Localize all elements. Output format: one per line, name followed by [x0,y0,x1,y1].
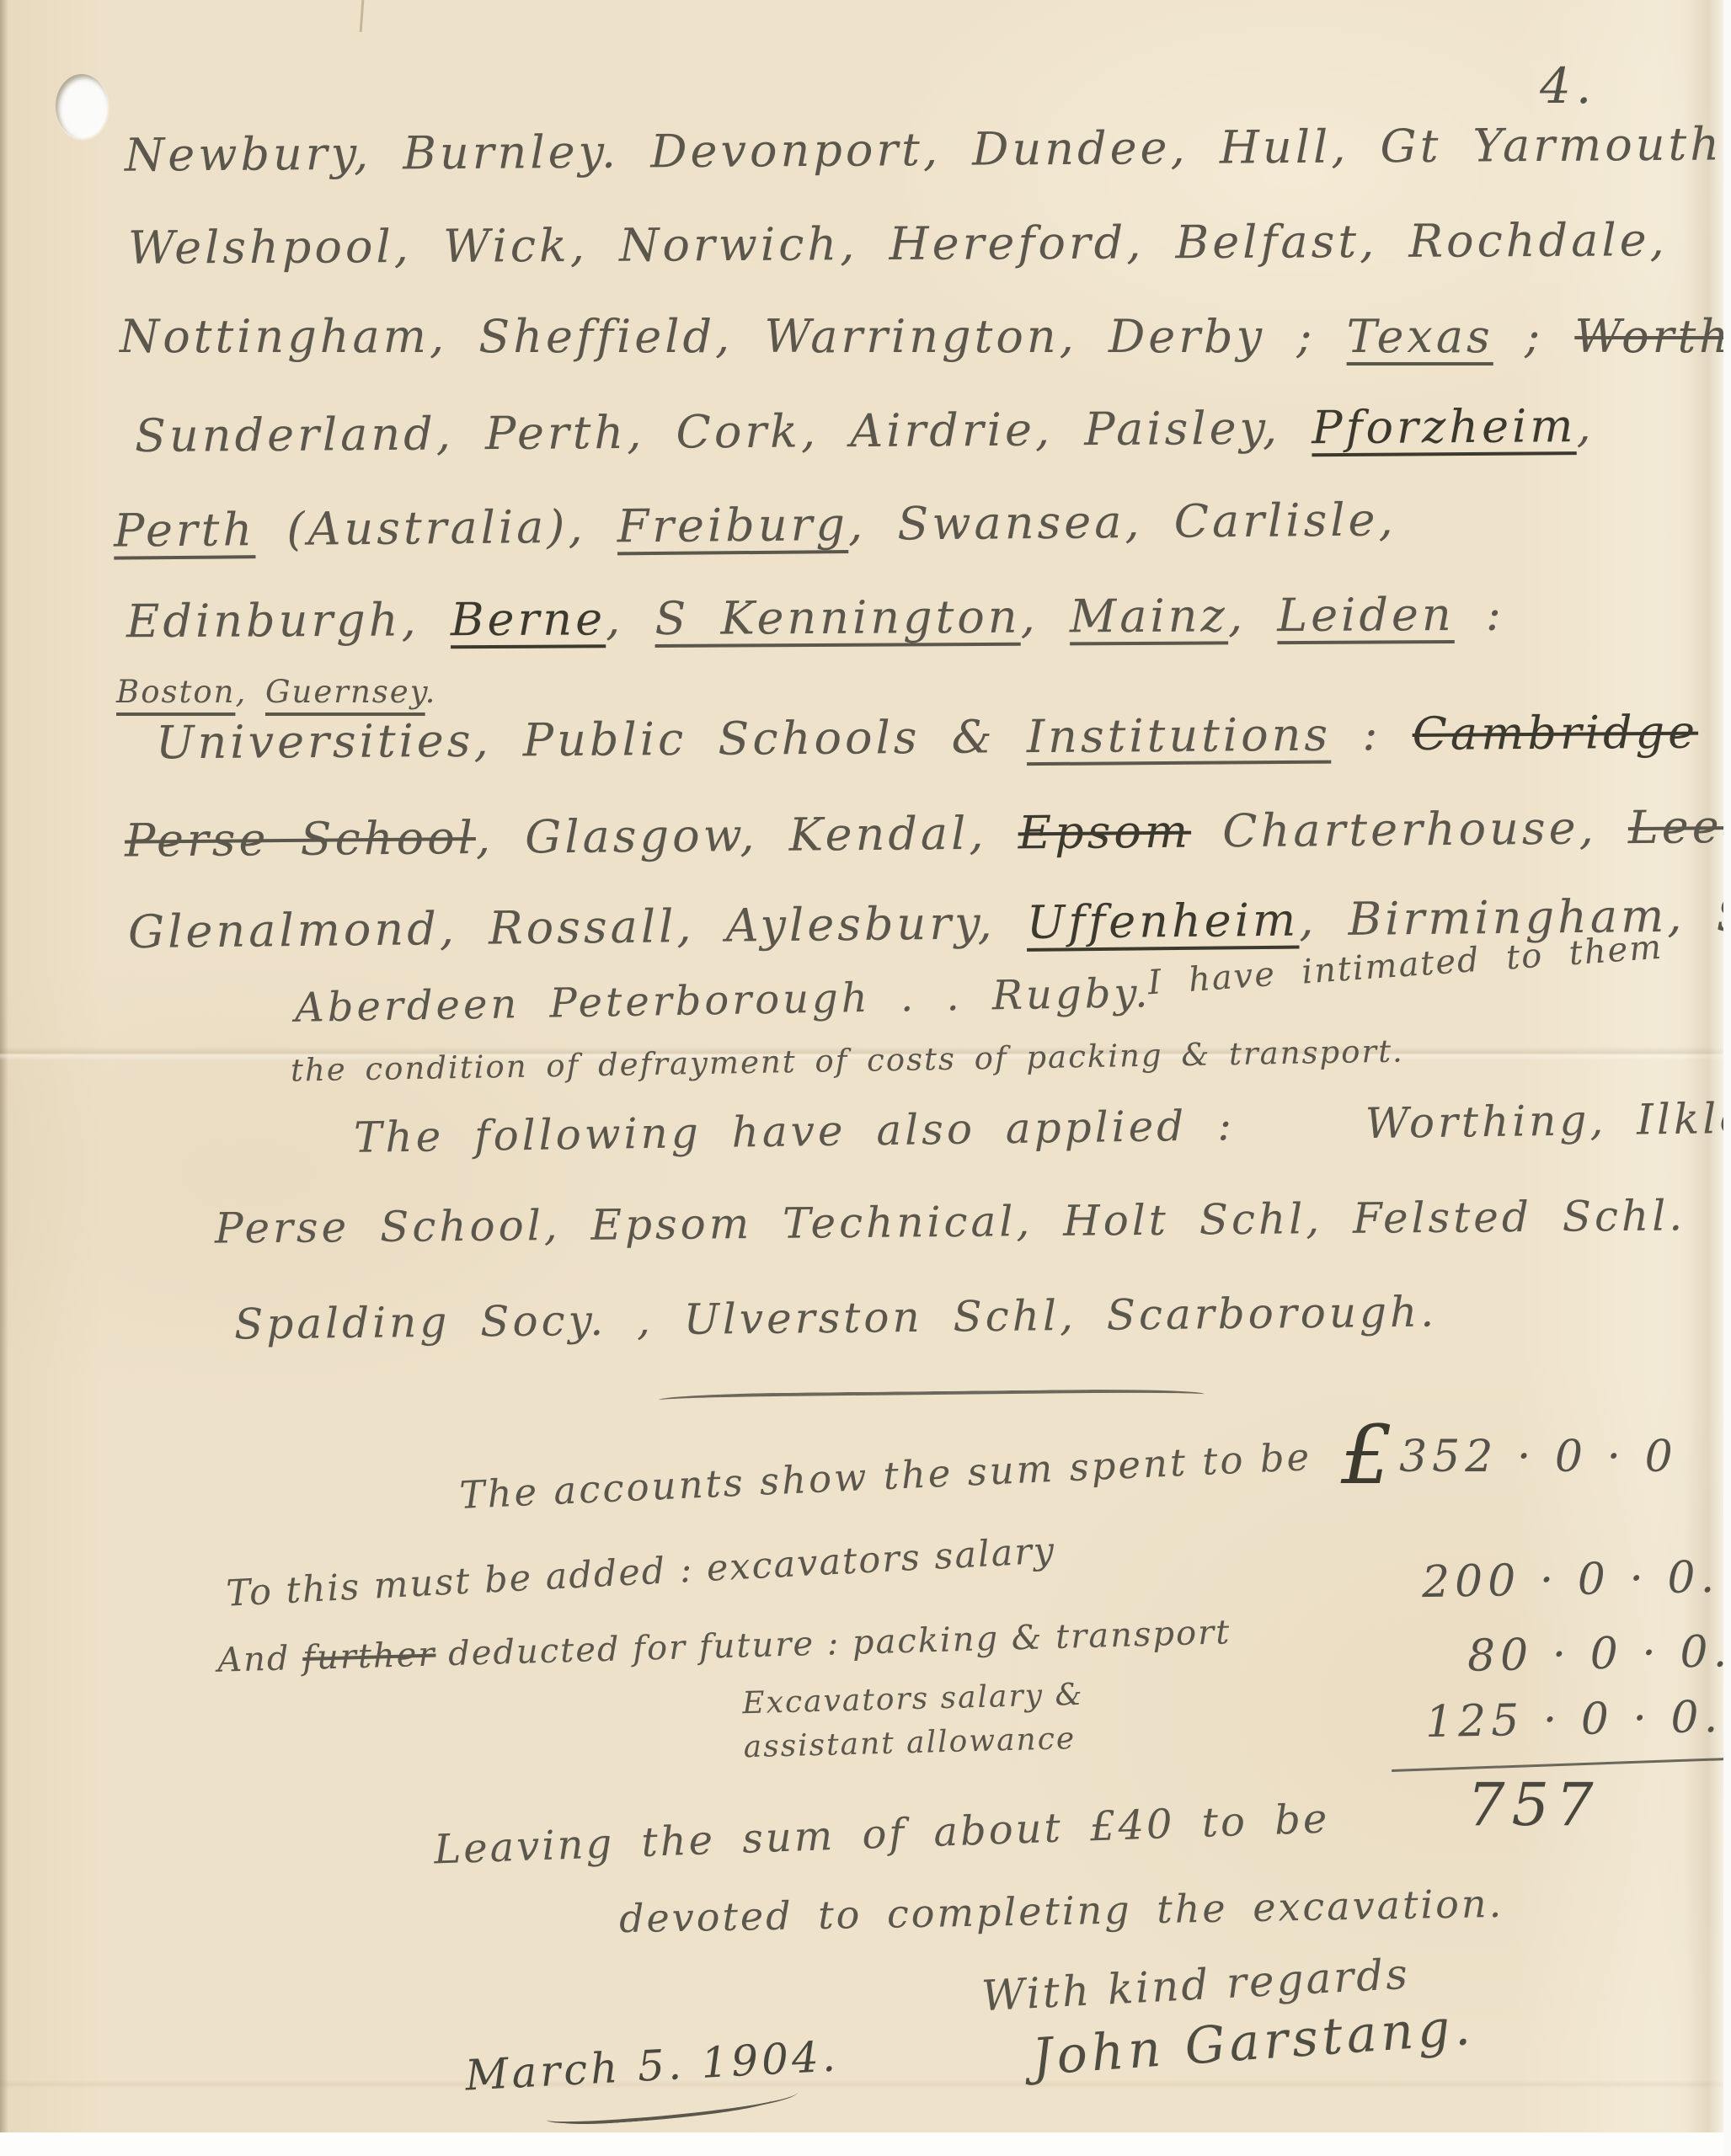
account-label-allowance: Excavators salary &assistant allowance [742,1673,1086,1770]
letter-line: Universities, Public Schools & Instituti… [156,707,1698,768]
underlined-text: Mainz [1070,589,1228,643]
text-segment: ; [1493,310,1575,363]
text-segment: The following have also applied : [354,1101,1236,1162]
text-segment: Worthing, Ilkley, [1365,1095,1731,1147]
account-amount-allowance: 125 · 0 · 0. [1425,1692,1723,1748]
letter-line: Welshpool, Wick, Norwich, Hereford, Belf… [128,215,1668,273]
letter-line: Spalding Socy. , Ulverston Schl, Scarbor… [234,1289,1438,1348]
scan-margin-right [1723,0,1731,2156]
text-segment: , Swansea, Carlisle, [848,493,1397,551]
text-segment: Spalding Socy. , Ulverston Schl, Scarbor… [234,1288,1438,1349]
letter-line: Aberdeen Peterborough . . Rugby. [295,971,1151,1031]
underlined-text: Freiburg [617,498,848,552]
account-amount-packing: 80 · 0 · 0. [1467,1626,1731,1681]
account-amount-salary: 200 · 0 · 0. [1422,1552,1720,1608]
text-segment: , [1020,590,1070,643]
letter-line: Sunderland, Perth, Cork, Airdrie, Paisle… [135,401,1595,461]
text-segment: deducted for future : packing & transpor… [435,1613,1231,1673]
letter-paper: 4. Newbury, Burnley. Devonport, Dundee, … [0,0,1723,2132]
paper-tear [360,0,365,32]
underlined-text: Pforzheim [1312,399,1577,454]
text-segment: And [217,1639,303,1680]
text-segment: The accounts show the sum spent to be [458,1434,1312,1518]
account-label-packing: And further deducted for future : packin… [217,1613,1231,1680]
underlined-text: Texas [1347,310,1493,363]
letter-line: Perse School, Epsom Technical, Holt Schl… [215,1193,1686,1251]
letter-line: Newbury, Burnley. Devonport, Dundee, Hul… [125,119,1731,180]
struck-text: Leeds [1628,800,1731,855]
text-segment: Nottingham, Sheffield, Warrington, Derby… [120,310,1347,363]
text-segment: Perse School, Epsom Technical, Holt Schl… [215,1191,1686,1252]
text-segment: Glenalmond, Rossall, Aylesbury, [128,896,1027,958]
underlined-text: S Kennington [654,590,1020,645]
text-segment: Excavators salary & [742,1678,1084,1721]
letter-line: Edinburgh, Berne, S Kennington, Mainz, L… [126,590,1504,647]
text-segment: Aberdeen Peterborough . . Rugby. [295,969,1151,1032]
letter-line: the condition of defrayment of costs of … [291,1034,1404,1088]
text-segment: , [1576,399,1595,452]
underlined-text: Perth [114,503,256,557]
text-segment: Newbury, Burnley. Devonport, Dundee, Hul… [125,117,1731,181]
divider-line [659,1389,1205,1406]
struck-text: Cambridge [1412,706,1698,760]
closing-line-leaving: Leaving the sum of about £40 to be [433,1795,1330,1873]
underlined-text: Leiden [1277,588,1455,642]
text-segment: , [606,592,655,645]
underlined-text: Boston [116,674,235,710]
underlined-text: Uffenheim [1026,894,1299,949]
text-segment: Welshpool, Wick, Norwich, Hereford, Belf… [128,213,1668,275]
struck-text: Perse School [125,811,476,867]
account-label-spent: The accounts show the sum spent to be [458,1434,1312,1518]
fold-crease-lower [0,2080,1723,2089]
text-segment: , Glasgow, Kendal, [476,806,1018,864]
text-segment: : [1331,707,1413,761]
text-segment: Sunderland, Perth, Cork, Airdrie, Paisle… [135,401,1312,462]
text-segment: To this must be added : excavators salar… [225,1529,1056,1615]
underlined-text: Berne [451,592,606,646]
text-segment: Charterhouse, [1191,801,1628,858]
letter-line: Perse School, Glasgow, Kendal, Epsom Cha… [125,801,1731,866]
punch-hole [56,74,108,138]
underlined-text: Institutions [1027,708,1332,764]
struck-text: further [302,1636,437,1678]
text-segment: , [235,674,265,710]
text-segment: Edinburgh, [126,593,451,648]
text-segment: , [1228,589,1278,642]
total-amount: 757 [1467,1770,1600,1839]
text-segment: assistant allowance [743,1721,1076,1764]
account-label-salary: To this must be added : excavators salar… [225,1529,1056,1615]
struck-text: Epsom [1018,805,1191,860]
text-segment: : [1454,588,1504,641]
text-segment: the condition of defrayment of costs of … [291,1033,1404,1088]
page-number: 4. [1540,57,1596,115]
paper-edge-shadow [0,0,8,2132]
pound-sign: £ [1341,1408,1397,1502]
text-segment: Universities, Public Schools & [156,710,1027,769]
struck-text: Worthing [1574,310,1731,363]
closing-line-devoted: devoted to completing the excavation. [619,1881,1504,1941]
text-segment: (Australia), [255,499,617,556]
underlined-text: Guernsey [265,674,425,710]
letter-line: Perth (Australia), Freiburg, Swansea, Ca… [114,494,1397,556]
letter-line: Nottingham, Sheffield, Warrington, Derby… [120,312,1731,361]
letter-line: Boston, Guernsey. [116,675,436,710]
text-segment: . [425,674,437,710]
account-amount-spent: £352 · 0 · 0 [1341,1432,1678,1482]
letter-line: The following have also applied :Worthin… [354,1095,1731,1161]
scan-margin-bottom [0,2132,1731,2156]
